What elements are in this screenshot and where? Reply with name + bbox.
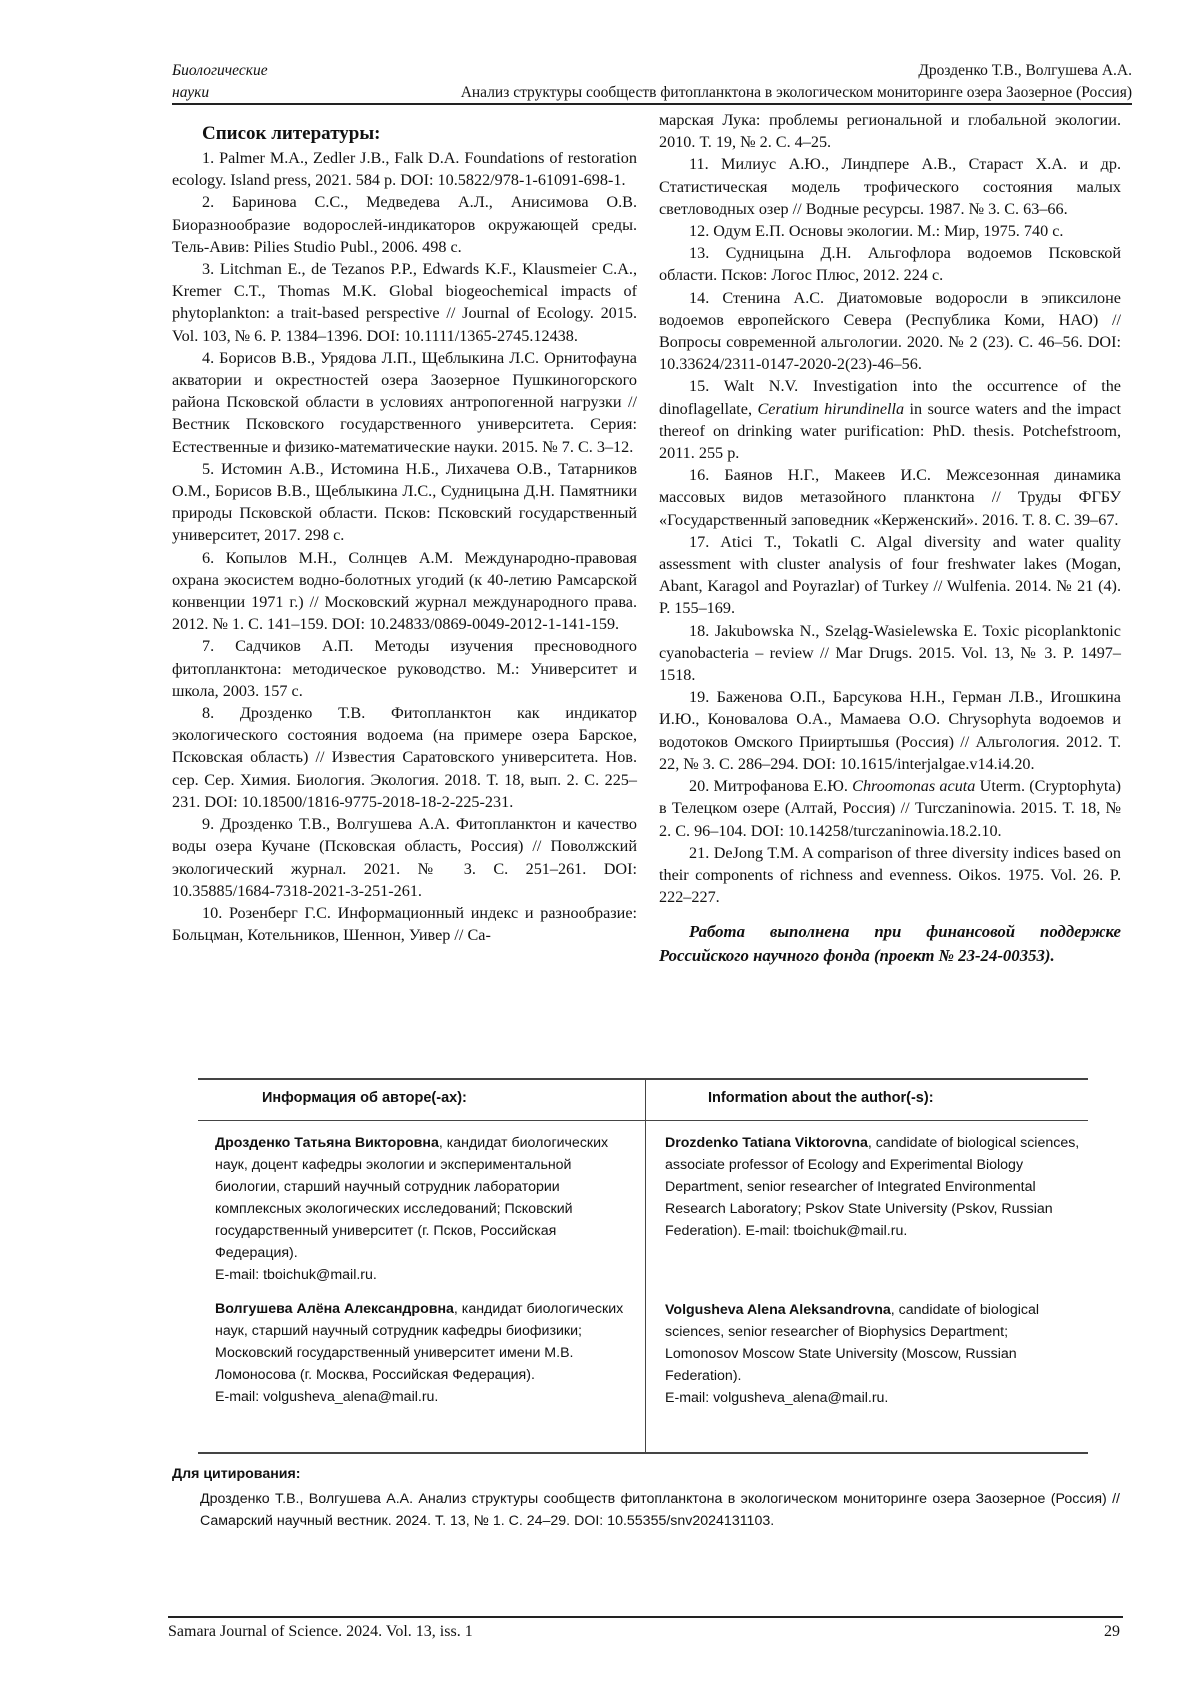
reference-item: 15. Walt N.V. Investigation into the occ… (659, 375, 1121, 464)
reference-item: 21. DeJong T.M. A comparison of three di… (659, 842, 1121, 909)
reference-item: 1. Palmer M.A., Zedler J.B., Falk D.A. F… (172, 147, 637, 191)
reference-item: 11. Милиус А.Ю., Линдпере А.В., Стараст … (659, 153, 1121, 220)
author-info-table: Информация об авторе(-ах): Information a… (198, 1078, 1088, 1454)
author-name: Дрозденко Татьяна Викторовна (215, 1135, 439, 1151)
footer-journal: Samara Journal of Science. 2024. Vol. 13… (168, 1623, 473, 1641)
reference-item: 10. Розенберг Г.С. Информационный индекс… (172, 902, 637, 946)
author-entry-en: Drozdenko Tatiana Viktorovna, candidate … (665, 1132, 1085, 1242)
header-article-title: Анализ структуры сообществ фитопланктона… (461, 82, 1132, 104)
author-email[interactable]: E-mail: volgusheva_alena@mail.ru. (215, 1389, 438, 1405)
reference-item: 9. Дрозденко Т.В., Волгушева А.А. Фитопл… (172, 813, 637, 902)
reference-item: 7. Садчиков А.П. Методы изучения преснов… (172, 635, 637, 702)
running-header: Биологические науки Дрозденко Т.В., Волг… (172, 60, 1132, 104)
references-right-column: марская Лука: проблемы региональной и гл… (659, 109, 1121, 985)
author-entry-ru: Волгушева Алёна Александровна, кандидат … (215, 1298, 640, 1408)
reference-item: 13. Судницына Д.Н. Альгофлора водоемов П… (659, 242, 1121, 286)
reference-text: 20. Митрофанова Е.Ю. (689, 777, 852, 795)
reference-item: 17. Atici T., Tokatli C. Algal diversity… (659, 531, 1121, 620)
reference-item: 18. Jakubowska N., Szeląg-Wasielewska E.… (659, 620, 1121, 687)
reference-item: 2. Баринова С.С., Медведева А.Л., Анисим… (172, 191, 637, 258)
citation-text: Дрозденко Т.В., Волгушева А.А. Анализ ст… (200, 1488, 1120, 1532)
author-name: Волгушева Алёна Александровна (215, 1301, 454, 1317)
section-label-line1: Биологические (172, 60, 268, 82)
author-email[interactable]: E-mail: volgusheva_alena@mail.ru. (665, 1390, 888, 1406)
reference-item: 8. Дрозденко Т.В. Фитопланктон как индик… (172, 702, 637, 813)
reference-item: 19. Баженова О.П., Барсукова Н.Н., Герма… (659, 686, 1121, 775)
section-label-line2: науки (172, 82, 268, 104)
header-authors: Дрозденко Т.В., Волгушева А.А. (918, 60, 1132, 82)
page-number: 29 (1104, 1623, 1120, 1641)
header-rule (198, 1120, 1088, 1121)
author-info-heading-en: Information about the author(-s): (708, 1090, 934, 1106)
reference-item: 14. Стенина А.С. Диатомовые водоросли в … (659, 287, 1121, 376)
reference-item: 16. Баянов Н.Г., Макеев И.С. Межсезонная… (659, 464, 1121, 531)
author-email[interactable]: E-mail: tboichuk@mail.ru. (745, 1223, 907, 1239)
author-details: , кандидат биологических наук, доцент ка… (215, 1135, 608, 1261)
references-heading: Список литературы: (202, 122, 637, 146)
author-entry-en: Volgusheva Alena Aleksandrovna, candidat… (665, 1299, 1085, 1409)
author-info-heading-ru: Информация об авторе(-ах): (262, 1090, 467, 1106)
species-name: Ceratium hirundinella (757, 400, 904, 418)
reference-item: 6. Копылов М.Н., Солнцев А.М. Международ… (172, 547, 637, 636)
section-label: Биологические науки (172, 60, 268, 104)
header-rule (172, 103, 1132, 105)
reference-item: 4. Борисов В.В., Урядова Л.П., Щеблыкина… (172, 347, 637, 458)
reference-item: 20. Митрофанова Е.Ю. Chroomonas acuta Ut… (659, 775, 1121, 842)
references-left-column: Список литературы: 1. Palmer M.A., Zedle… (172, 122, 637, 946)
reference-item: 5. Истомин А.В., Истомина Н.Б., Лихачева… (172, 458, 637, 547)
author-entry-ru: Дрозденко Татьяна Викторовна, кандидат б… (215, 1132, 640, 1286)
author-name: Drozdenko Tatiana Viktorovna (665, 1135, 868, 1151)
species-name: Chroomonas acuta (852, 777, 975, 795)
footer-rule (168, 1616, 1123, 1618)
author-name: Volgusheva Alena Aleksandrovna (665, 1302, 891, 1318)
funding-note: Работа выполнена при финансовой поддержк… (659, 920, 1121, 968)
reference-item: 3. Litchman E., de Tezanos P.P., Edwards… (172, 258, 637, 347)
citation-label: Для цитирования: (172, 1466, 301, 1482)
author-email[interactable]: E-mail: tboichuk@mail.ru. (215, 1267, 377, 1283)
reference-item: 12. Одум Е.П. Основы экологии. М.: Мир, … (659, 220, 1121, 242)
reference-item-continued: марская Лука: проблемы региональной и гл… (659, 109, 1121, 153)
column-divider (645, 1080, 646, 1452)
